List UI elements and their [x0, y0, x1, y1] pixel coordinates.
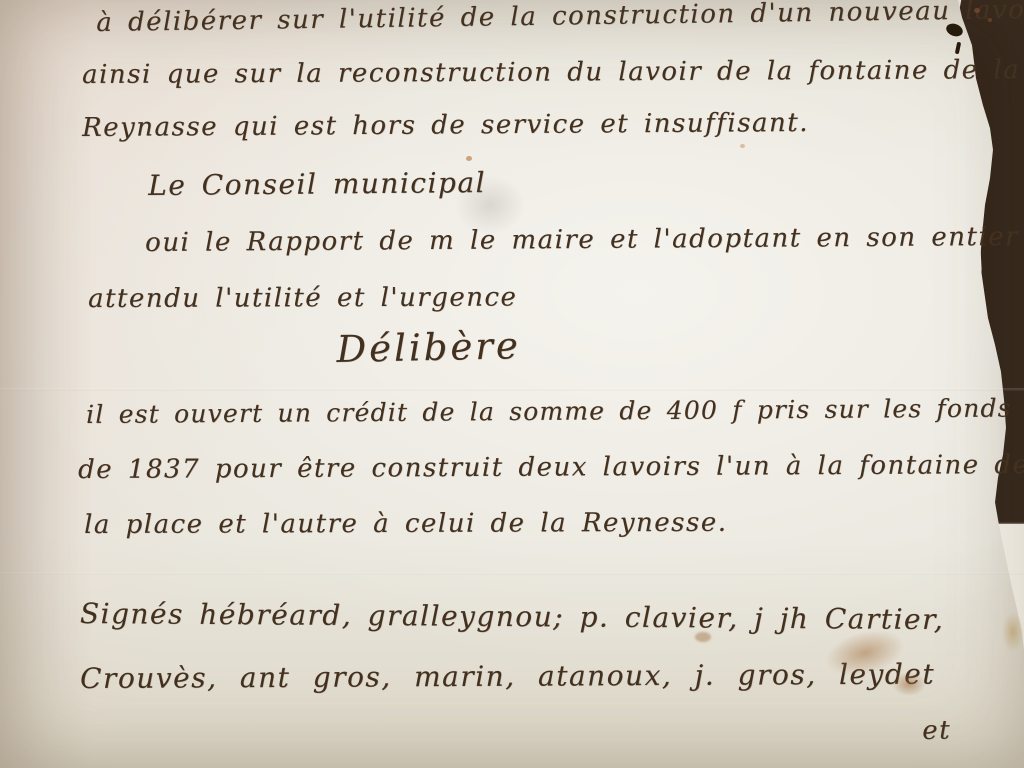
signature-line: Signés hébréard, gralleygnou; p. clavier…	[80, 597, 945, 636]
photographed-manuscript-page: à délibérer sur l'utilité de la construc…	[0, 0, 1024, 768]
signature-line-et: et	[922, 715, 951, 745]
signature-line: Crouvès, ant gros, marin, atanoux, j. gr…	[80, 658, 935, 695]
handwritten-line: Le Conseil municipal	[148, 166, 486, 202]
handwritten-line: de 1837 pour être construit deux lavoirs…	[78, 450, 1024, 485]
handwritten-line: attendu l'utilité et l'urgence	[88, 283, 517, 314]
handwritten-line: la place et l'autre à celui de la Reynes…	[84, 508, 728, 540]
handwritten-line: oui le Rapport de m le maire et l'adopta…	[145, 222, 1019, 258]
handwritten-heading-delibere: Délibère	[336, 324, 521, 371]
handwritten-line: Reynasse qui est hors de service et insu…	[82, 108, 809, 143]
handwritten-line: ainsi que sur la reconstruction du lavoi…	[82, 55, 1020, 90]
